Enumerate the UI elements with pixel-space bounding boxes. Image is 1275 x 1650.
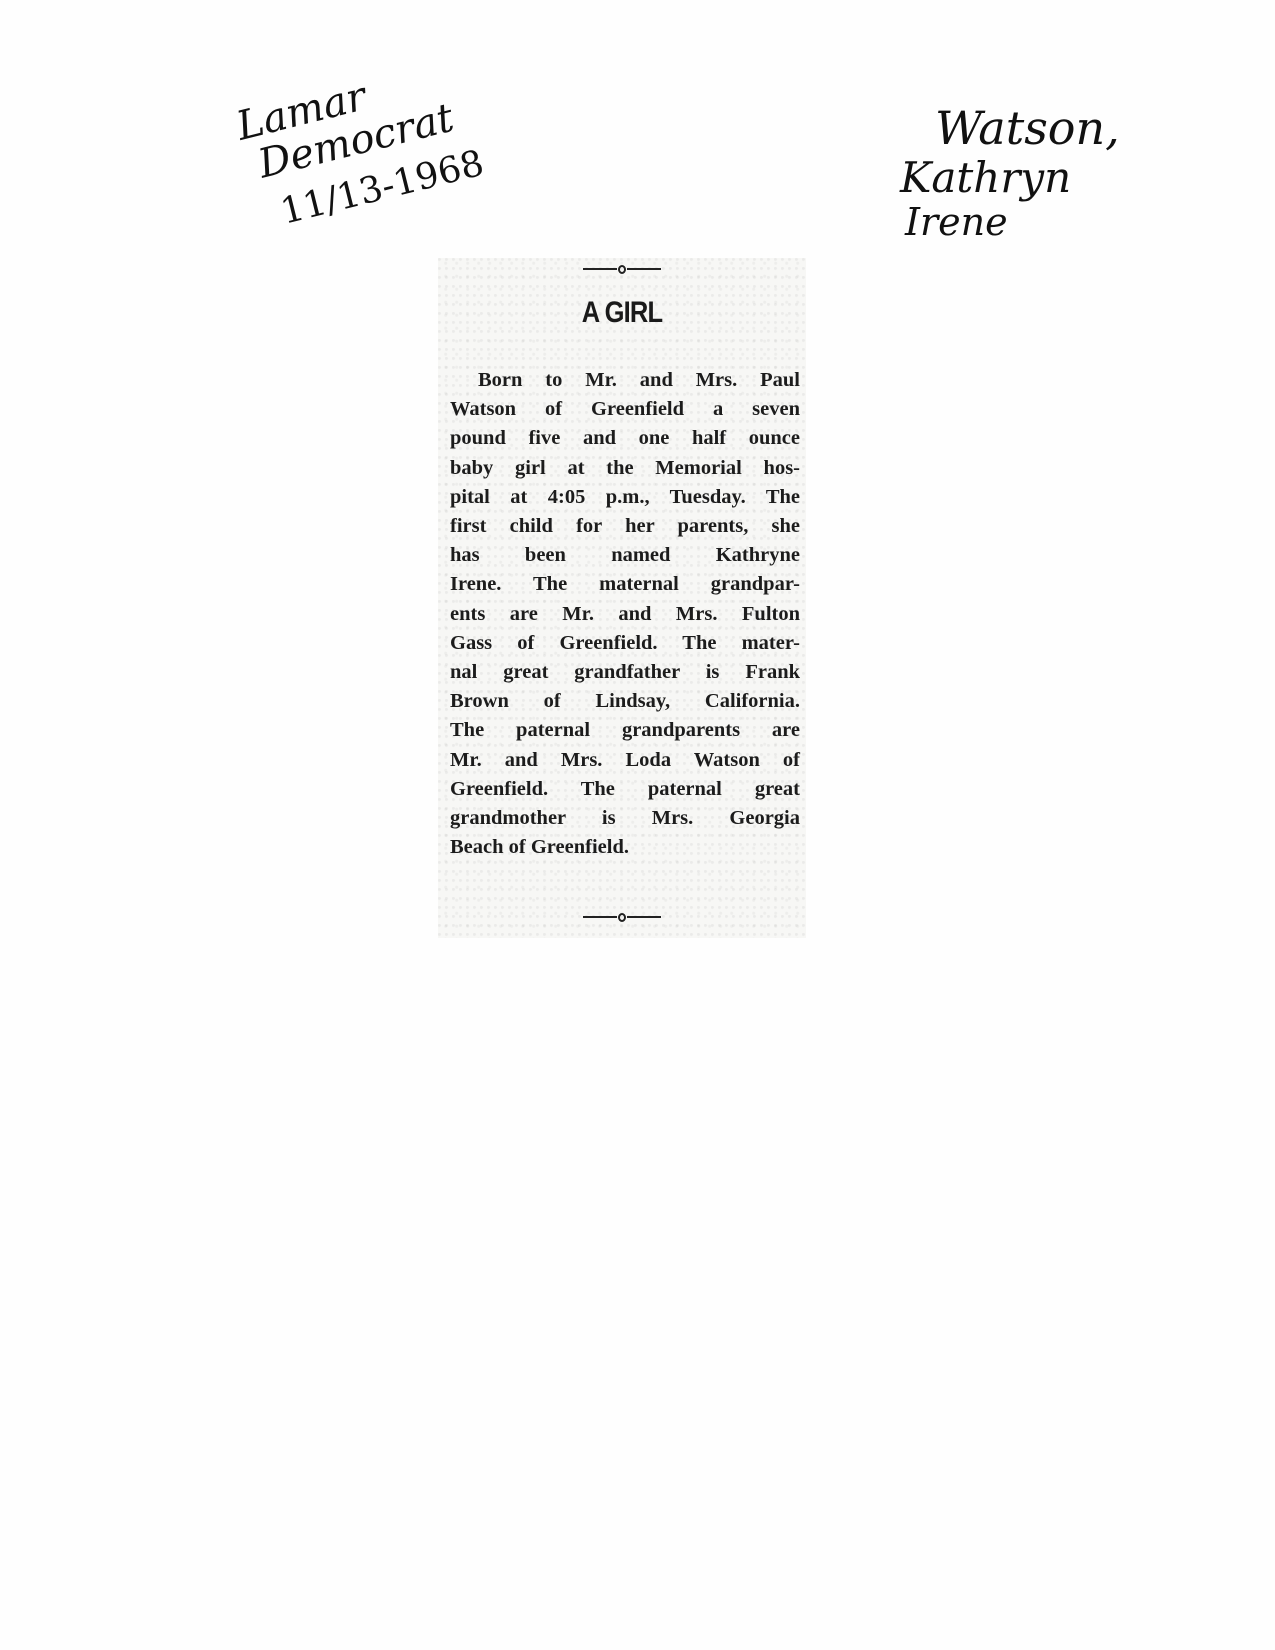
handwritten-name-note: Watson, Kathryn Irene [935, 105, 1120, 241]
body-line: Watson of Greenfield a seven [450, 395, 800, 424]
handwritten-source-note: Lamar Democrat 11/13-1968 [225, 53, 487, 239]
ornament-divider-bottom [438, 910, 806, 924]
body-line: Born to Mr. and Mrs. Paul [450, 366, 800, 395]
body-line: baby girl at the Memorial hos- [450, 454, 800, 483]
body-line: The paternal grandparents are [450, 716, 800, 745]
body-line: first child for her parents, she [450, 512, 800, 541]
body-line: Beach of Greenfield. [450, 833, 800, 862]
body-line: Mr. and Mrs. Loda Watson of [450, 746, 800, 775]
clipping-headline: A GIRL [466, 296, 779, 330]
middle-name: Irene [905, 203, 1120, 241]
body-line: Gass of Greenfield. The mater- [450, 629, 800, 658]
body-line: Brown of Lindsay, California. [450, 687, 800, 716]
body-line: ents are Mr. and Mrs. Fulton [450, 600, 800, 629]
given-name: Kathryn [900, 157, 1120, 199]
clipping-body: Born to Mr. and Mrs. Paul Watson of Gree… [450, 366, 800, 862]
body-line: grandmother is Mrs. Georgia [450, 804, 800, 833]
newspaper-clipping: A GIRL Born to Mr. and Mrs. Paul Watson … [438, 258, 806, 938]
body-line: has been named Kathryne [450, 541, 800, 570]
body-line: pound five and one half ounce [450, 424, 800, 453]
body-line: pital at 4:05 p.m., Tuesday. The [450, 483, 800, 512]
ornament-divider-top [438, 262, 806, 276]
body-line: Greenfield. The paternal great [450, 775, 800, 804]
scanned-page: Lamar Democrat 11/13-1968 Watson, Kathry… [0, 0, 1275, 1650]
body-line: Irene. The maternal grandpar- [450, 570, 800, 599]
body-line: nal great grandfather is Frank [450, 658, 800, 687]
surname: Watson, [935, 105, 1120, 151]
